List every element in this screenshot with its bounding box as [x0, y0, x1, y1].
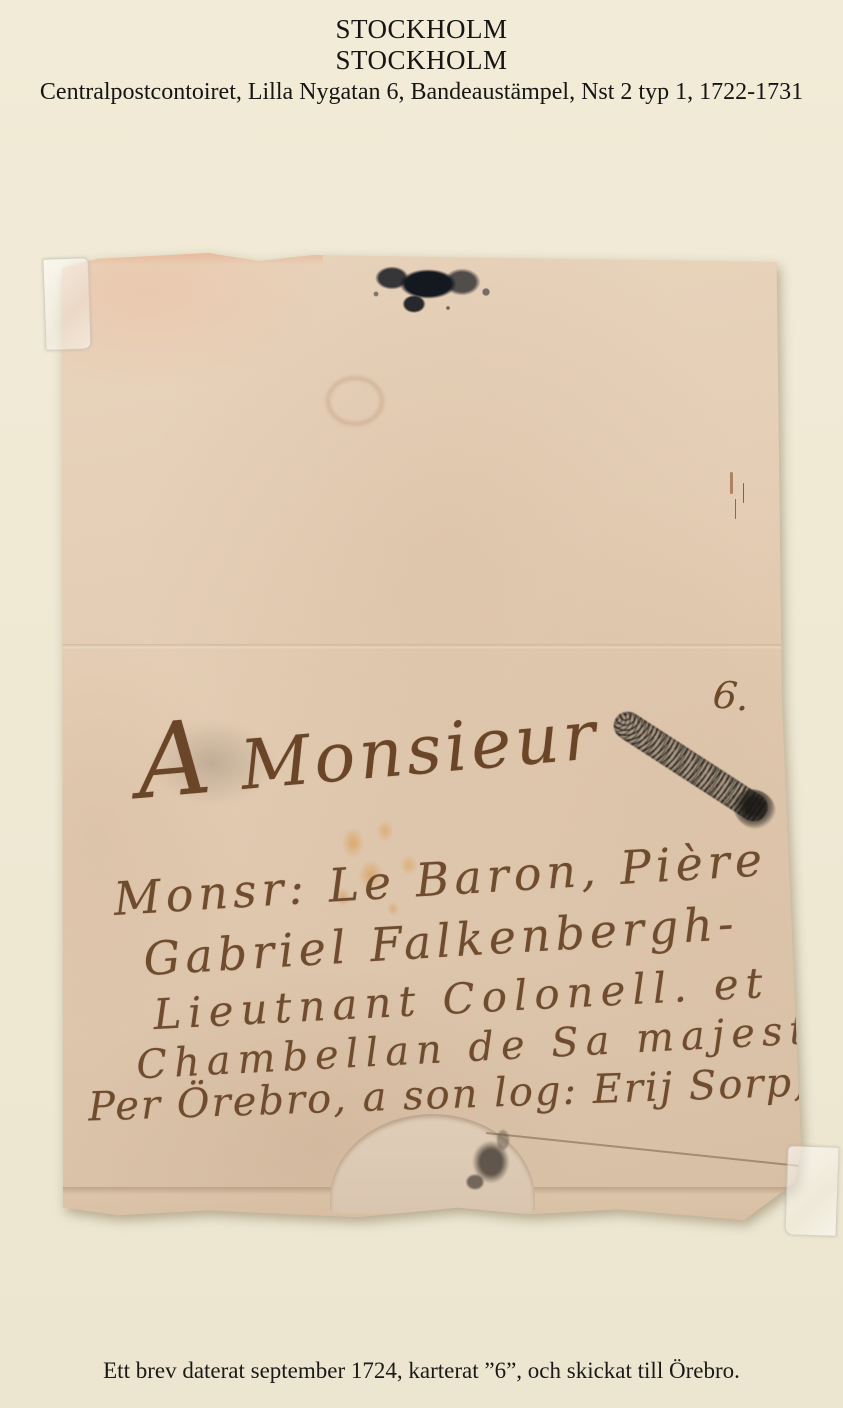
header-title-line2: STOCKHOLM	[0, 45, 843, 76]
exhibit-caption: Ett brev daterat september 1724, kartera…	[0, 1358, 843, 1384]
wax-seal-remnant	[443, 1126, 538, 1206]
header-subtitle: Centralpostcontoiret, Lilla Nygatan 6, B…	[0, 77, 843, 107]
seal-ink-blob	[366, 260, 506, 320]
ink-speck-marks	[730, 472, 733, 494]
fold-crease	[58, 644, 802, 649]
exhibit-header: STOCKHOLM STOCKHOLM Centralpostcontoiret…	[0, 14, 843, 107]
address-line-1: A Monsieur	[132, 664, 603, 823]
letter-top-fold-edge	[88, 252, 323, 265]
letter-scan: 6. A Monsieur Monsr: Le Baron, Pière Gab…	[58, 252, 802, 1224]
mounting-tape-top-left	[42, 257, 91, 351]
rate-marking-6: 6.	[711, 672, 752, 720]
bandeau-postmark-end-blob	[726, 781, 784, 837]
ring-stain	[326, 376, 384, 426]
mounting-tape-bottom-right	[784, 1145, 839, 1237]
header-title-line1: STOCKHOLM	[0, 14, 843, 45]
letter-paper: 6. A Monsieur Monsr: Le Baron, Pière Gab…	[58, 252, 802, 1224]
bandeau-postmark	[608, 706, 773, 826]
